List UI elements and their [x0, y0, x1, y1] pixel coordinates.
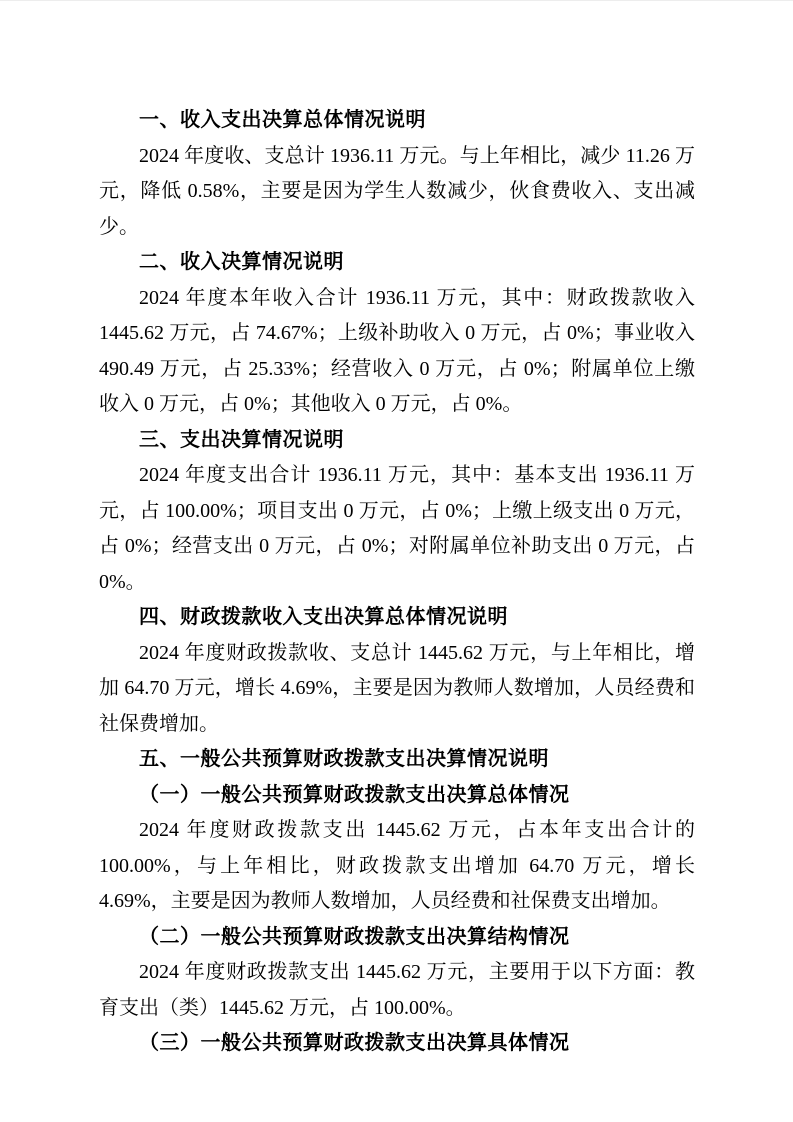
para-expenditure-accounts: 2024 年度支出合计 1936.11 万元，其中：基本支出 1936.11 万… — [99, 458, 695, 600]
para-overall-revenue-expenditure: 2024 年度收、支总计 1936.11 万元。与上年相比，减少 11.26 万… — [99, 139, 695, 246]
document-body: 一、收入支出决算总体情况说明 2024 年度收、支总计 1936.11 万元。与… — [99, 103, 695, 1062]
heading-gpb-overall-situation: （一）一般公共预算财政拨款支出决算总体情况 — [99, 778, 695, 814]
para-gpb-structure-situation: 2024 年度财政拨款支出 1445.62 万元，主要用于以下方面：教育支出（类… — [99, 955, 695, 1026]
page-top-edge — [0, 0, 793, 1]
heading-general-public-budget: 五、一般公共预算财政拨款支出决算情况说明 — [99, 742, 695, 778]
para-gpb-overall-situation: 2024 年度财政拨款支出 1445.62 万元，占本年支出合计的 100.00… — [99, 813, 695, 920]
heading-overall-revenue-expenditure: 一、收入支出决算总体情况说明 — [99, 103, 695, 139]
para-fiscal-appropriation-overall: 2024 年度财政拨款收、支总计 1445.62 万元，与上年相比，增加 64.… — [99, 636, 695, 743]
heading-expenditure-accounts: 三、支出决算情况说明 — [99, 423, 695, 459]
heading-revenue-accounts: 二、收入决算情况说明 — [99, 245, 695, 281]
para-revenue-accounts: 2024 年度本年收入合计 1936.11 万元，其中：财政拨款收入 1445.… — [99, 281, 695, 423]
document-page: 一、收入支出决算总体情况说明 2024 年度收、支总计 1936.11 万元。与… — [0, 0, 793, 1122]
heading-gpb-detail-situation: （三）一般公共预算财政拨款支出决算具体情况 — [99, 1026, 695, 1062]
heading-gpb-structure-situation: （二）一般公共预算财政拨款支出决算结构情况 — [99, 920, 695, 956]
heading-fiscal-appropriation-overall: 四、财政拨款收入支出决算总体情况说明 — [99, 600, 695, 636]
